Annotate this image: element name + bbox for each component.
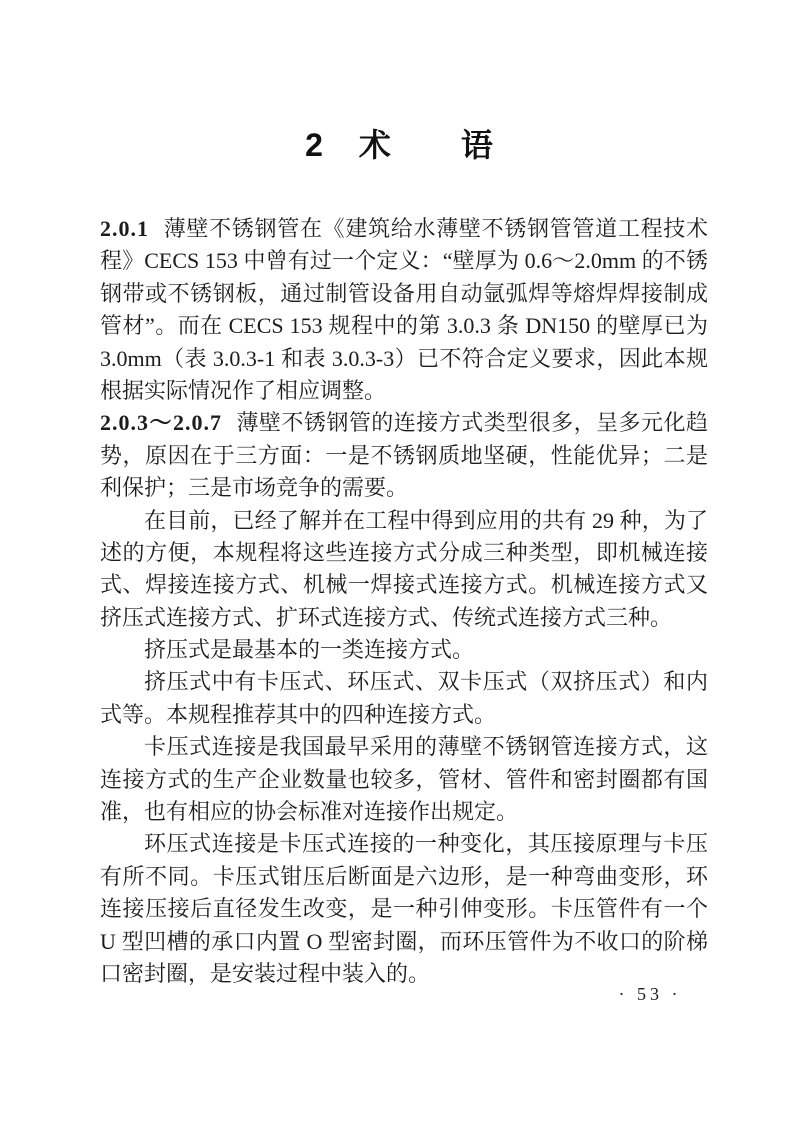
- page-title: 2 术 语: [0, 120, 800, 166]
- text-line: 2.0.1薄壁不锈钢管在《建筑给水薄壁不锈钢管管道工程技术规: [100, 213, 708, 245]
- text-line: 有所不同。卡压式钳压后断面是六边形，是一种弯曲变形，环压式: [100, 861, 708, 893]
- text-line: 挤压式连接方式、扩环式连接方式、传统式连接方式三种。: [100, 602, 708, 634]
- clause-number: 2.0.1: [100, 216, 149, 241]
- text-line: 利保护；三是市场竞争的需要。: [100, 472, 708, 504]
- text-line: 环压式连接是卡压式连接的一种变化，其压接原理与卡压式: [100, 828, 708, 860]
- text-line: 挤压式中有卡压式、环压式、双卡压式（双挤压式）和内插卡压: [100, 666, 708, 698]
- document-page: 2 术 语 2.0.1薄壁不锈钢管在《建筑给水薄壁不锈钢管管道工程技术规程》CE…: [0, 0, 800, 1142]
- text-line: 述的方便，本规程将这些连接方式分成三种类型，即机械连接方: [100, 537, 708, 569]
- text-line: 钢带或不锈钢板，通过制管设备用自动氩弧焊等熔焊焊接制成的: [100, 278, 708, 310]
- text-line: 连接压接后直径发生改变，是一种引伸变形。卡压管件有一个带: [100, 893, 708, 925]
- text-line: U 型凹槽的承口内置 O 型密封圈，而环压管件为不收口的阶梯承: [100, 926, 708, 958]
- text-line: 准，也有相应的协会标准对连接作出规定。: [100, 796, 708, 828]
- text-line: 卡压式连接是我国最早采用的薄壁不锈钢管连接方式，这种: [100, 731, 708, 763]
- text-line: 程》CECS 153 中曾有过一个定义：“壁厚为 0.6～2.0mm 的不锈: [100, 245, 708, 277]
- document-body: 2.0.1薄壁不锈钢管在《建筑给水薄壁不锈钢管管道工程技术规程》CECS 153…: [100, 213, 708, 990]
- text-line: 2.0.3～2.0.7薄壁不锈钢管的连接方式类型很多，呈多元化趋: [100, 407, 708, 439]
- text-line: 根据实际情况作了相应调整。: [100, 375, 708, 407]
- text-line: 连接方式的生产企业数量也较多，管材、管件和密封圈都有国家标: [100, 764, 708, 796]
- clause-number: 2.0.3～2.0.7: [100, 410, 222, 435]
- text-line: 管材”。而在 CECS 153 规程中的第 3.0.3 条 DN150 的壁厚已…: [100, 310, 708, 342]
- text-line: 式、焊接连接方式、机械一焊接式连接方式。机械连接方式又分为: [100, 569, 708, 601]
- text-line: 势，原因在于三方面：一是不锈钢质地坚硬，性能优异；二是为了专: [100, 440, 708, 472]
- text-line: 3.0mm（表 3.0.3-1 和表 3.0.3-3）已不符合定义要求，因此本规…: [100, 343, 708, 375]
- text-line: 挤压式是最基本的一类连接方式。: [100, 634, 708, 666]
- text-line: 式等。本规程推荐其中的四种连接方式。: [100, 699, 708, 731]
- page-number: · 53 ·: [560, 984, 740, 1005]
- text-line: 在目前，已经了解并在工程中得到应用的共有 29 种，为了表: [100, 505, 708, 537]
